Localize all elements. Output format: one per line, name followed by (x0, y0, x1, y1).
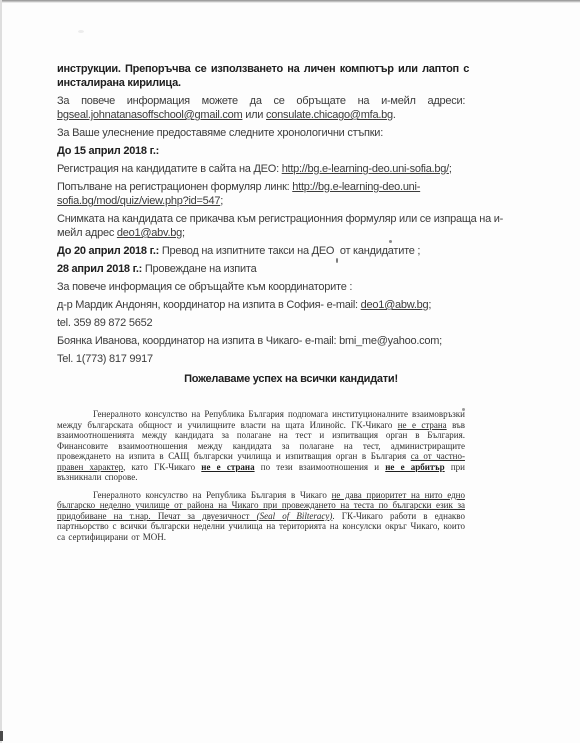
disclaimer-institutional: Генералното консулство на Република Бълг… (57, 409, 465, 483)
deadline-april15-heading: До 15 април 2018 г.: (57, 144, 525, 158)
disclaimer-priority: Генералното консулство на Република Бълг… (57, 490, 465, 543)
deo1-abw-email-link[interactable]: deo1@abw.bg (361, 299, 429, 311)
phone-sofia: tel. 359 89 872 5652 (57, 316, 525, 330)
phone-chicago: Tel. 1(773) 817 9917 (57, 352, 525, 366)
disclaimer-text-run: , като ГК-Чикаго (123, 462, 201, 472)
closing-wish: Пожелаваме успех на всички кандидати! (57, 372, 525, 386)
disclaimer-block: Генералното консулство на Република Бълг… (57, 409, 465, 549)
deadline-april20-step: До 20 април 2018 г.: Превод на изпитните… (57, 244, 525, 258)
scan-top-edge (0, 0, 580, 3)
chronological-steps-intro: За Ваше улеснение предоставяме следните … (57, 126, 525, 140)
disclaimer-text-run: (Seal of Bilteracy) (257, 511, 333, 521)
registration-step: Регистрация на кандидатите в сайта на ДЕ… (57, 162, 525, 176)
coordinators-intro: За повече информация се обръщайте към ко… (57, 280, 525, 294)
disclaimer-text-run: Генералното консулство на Република Бълг… (93, 490, 332, 500)
coordinator-sofia: д-р Мардик Андонян, координатор на изпит… (57, 298, 525, 312)
email-link-consulate[interactable]: consulate.chicago@mfa.bg (266, 109, 393, 121)
scan-bottom-mark (0, 731, 3, 741)
scan-speck (78, 30, 84, 33)
disclaimer-text-run: по тези взаимоотношения и (255, 462, 386, 472)
email-link-bgseal[interactable]: bgseal.johnatanasoffschool@gmail.com (57, 109, 242, 121)
deo1-abv-email-link[interactable]: deo1@abv.bg (117, 227, 182, 239)
letter-body: инструкции. Препоръчва се използването н… (57, 62, 525, 390)
disclaimer-text-run: не е арбитър (385, 462, 444, 472)
scan-left-edge (0, 0, 2, 743)
disclaimer-text-run: не е страна (201, 462, 254, 472)
email-separator: или (242, 109, 266, 121)
disclaimer-text-run: не е страна (398, 420, 447, 430)
coordinator-chicago: Боянка Иванова, координатор на изпита в … (57, 334, 525, 348)
contact-info: За повече информация можете да се обръща… (57, 94, 525, 122)
form-link-part2[interactable]: sofia.bg/mod/quiz/view.php?id=547 (57, 195, 220, 207)
intro-continued-text: инструкции. Препоръчва се използването н… (57, 62, 457, 90)
form-link-part1[interactable]: http://bg.e-learning-deo.uni- (292, 181, 420, 193)
photo-step: Снимката на кандидата се прикачва към ре… (57, 212, 525, 240)
deo-site-link[interactable]: http://bg.e-learning-deo.uni-sofia.bg/ (282, 163, 449, 175)
exam-date-step: 28 април 2018 г.: Провеждане на изпита (57, 262, 525, 276)
form-step: Попълване на регистрационен формуляр лин… (57, 180, 525, 208)
